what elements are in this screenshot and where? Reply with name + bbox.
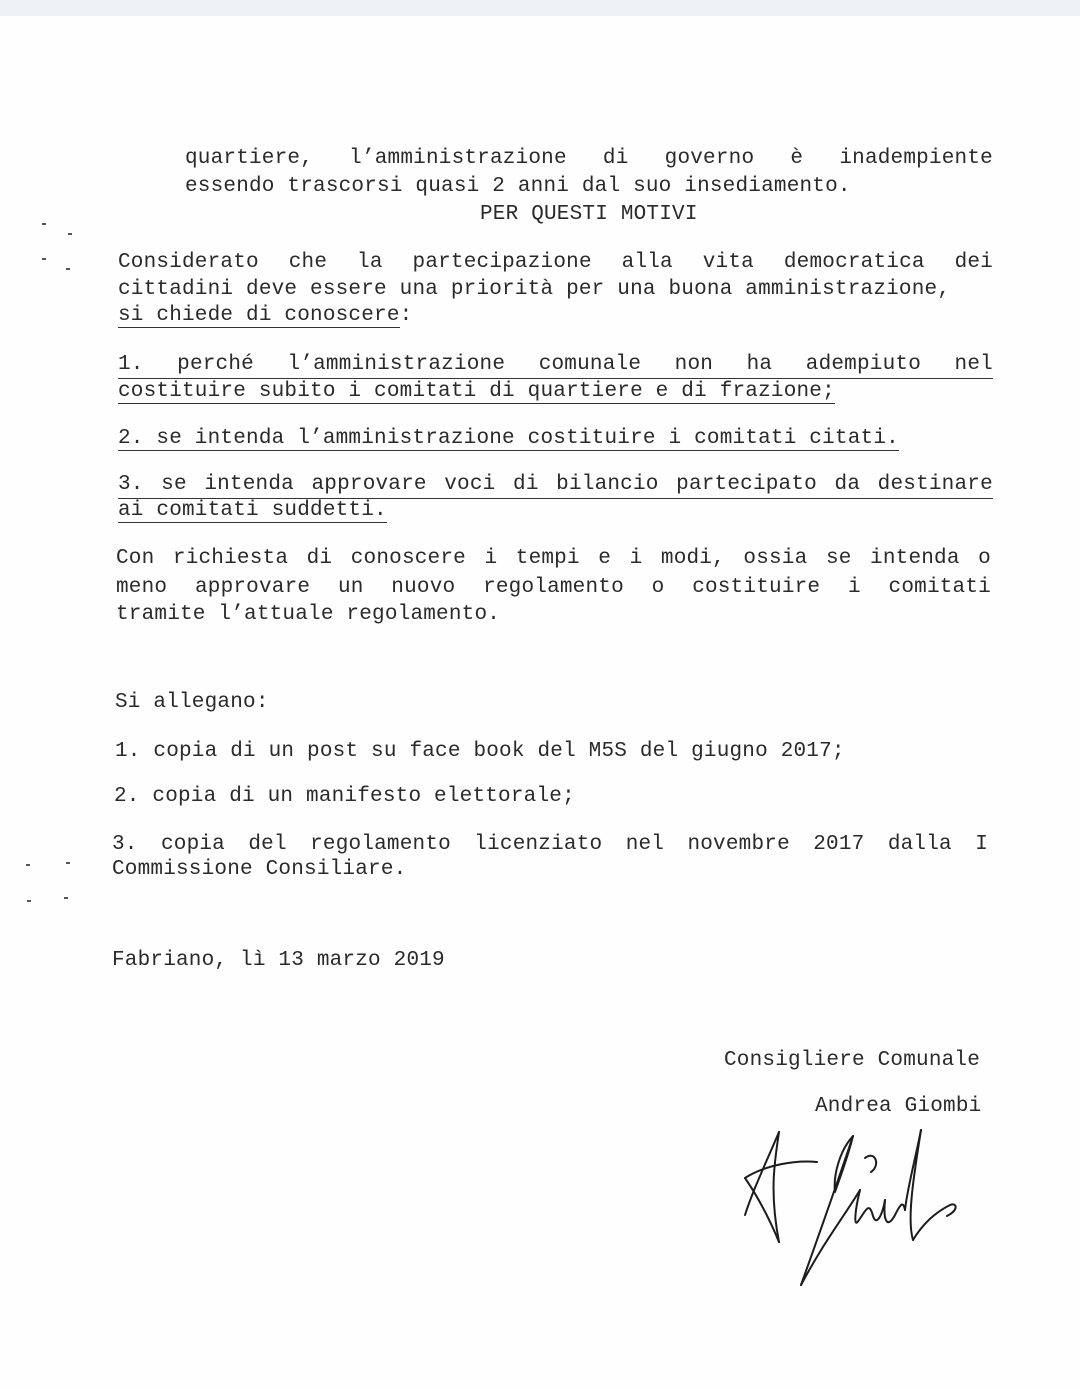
- place-date: Fabriano, lì 13 marzo 2019: [112, 948, 445, 974]
- word: i: [630, 546, 643, 572]
- word: quartiere,: [185, 146, 313, 172]
- richiesta-line-2: menoapprovareunnuovoregolamentoocostitui…: [116, 575, 991, 601]
- word: un: [338, 575, 364, 601]
- request-3-line-2: ai comitati suddetti.: [118, 498, 387, 524]
- word: inadempiente: [839, 146, 993, 172]
- word: comitati: [889, 575, 991, 601]
- word: o: [978, 546, 991, 572]
- word: se: [161, 472, 187, 498]
- word: ossia: [743, 546, 807, 572]
- considerato-line-2: cittadini deve essere una priorità per u…: [118, 277, 993, 303]
- word: destinare: [878, 472, 993, 498]
- word: democratica: [784, 250, 925, 276]
- word: da: [835, 472, 861, 498]
- request-2-text: 2. se intenda l’amministrazione costitui…: [118, 427, 899, 451]
- scan-speck: [42, 223, 46, 225]
- richiesta-line-1: Conrichiestadiconoscereitempieimodi,ossi…: [116, 546, 991, 572]
- request-2-line-1: 2. se intenda l’amministrazione costitui…: [118, 426, 899, 452]
- request-1-line-1: 1.perchél’amministrazionecomunalenonhaad…: [118, 352, 993, 379]
- scan-speck: [26, 864, 30, 866]
- word: regolamento: [310, 832, 451, 858]
- word: Con: [116, 546, 154, 572]
- signer-name: Andrea Giombi: [815, 1094, 981, 1120]
- word: è: [790, 146, 803, 172]
- attachment-item-2: 2. copia di un manifesto elettorale;: [114, 784, 575, 810]
- request-1-text: costituire subito i comitati di quartier…: [118, 380, 835, 404]
- richiesta-line-3: tramite l’attuale regolamento.: [116, 602, 500, 628]
- word: richiesta: [173, 546, 288, 572]
- word: voci: [444, 472, 495, 498]
- word: del: [248, 832, 286, 858]
- word: l’amministrazione: [288, 352, 506, 378]
- word: l’amministrazione: [349, 146, 567, 172]
- word: di: [307, 546, 333, 572]
- word: tempi: [516, 546, 580, 572]
- word: Considerato: [118, 250, 259, 276]
- word: costituire: [692, 575, 820, 601]
- word: modi,: [661, 546, 725, 572]
- section-heading: PER QUESTI MOTIVI: [480, 202, 698, 228]
- word: meno: [116, 575, 167, 601]
- word: partecipazione: [413, 250, 592, 276]
- attachment-item-3-line-2: Commissione Consiliare.: [112, 857, 406, 883]
- word: alla: [622, 250, 673, 276]
- considerato-line-1: Consideratochelapartecipazioneallavitade…: [118, 250, 993, 276]
- scan-speck: [66, 862, 70, 864]
- word: nel: [626, 832, 664, 858]
- signer-role: Consigliere Comunale: [724, 1048, 980, 1074]
- word: e: [598, 546, 611, 572]
- attachments-title: Si allegano:: [115, 690, 269, 716]
- handwritten-signature-icon: [735, 1120, 995, 1295]
- word: governo: [665, 146, 755, 172]
- word: regolamento: [483, 575, 624, 601]
- word: novembre: [687, 832, 789, 858]
- attachment-item-3-line-1: 3.copiadelregolamentolicenziatonelnovemb…: [112, 832, 988, 858]
- word: partecipato: [676, 472, 817, 498]
- word: 1.: [118, 352, 144, 378]
- word: nel: [955, 352, 993, 378]
- word: dei: [955, 250, 993, 276]
- scan-speck: [66, 268, 70, 270]
- word: approvare: [311, 472, 426, 498]
- word: che: [289, 250, 327, 276]
- word: intenda: [204, 472, 294, 498]
- scan-speck: [27, 900, 31, 902]
- word: o: [652, 575, 665, 601]
- word: I: [975, 832, 988, 858]
- word: se: [826, 546, 852, 572]
- word: i: [848, 575, 861, 601]
- word: intenda: [870, 546, 960, 572]
- request-3-line-1: 3.seintendaapprovarevocidibilanciopartec…: [118, 472, 993, 499]
- word: copia: [161, 832, 225, 858]
- colon: :: [400, 304, 413, 327]
- word: dalla: [888, 832, 952, 858]
- word: bilancio: [556, 472, 658, 498]
- word: 3.: [112, 832, 138, 858]
- word: i: [484, 546, 497, 572]
- word: approvare: [195, 575, 310, 601]
- intro-line-1: quartiere,l’amministrazionedigovernoèina…: [185, 146, 993, 172]
- word: perché: [177, 352, 254, 378]
- attachment-item-1: 1. copia di un post su face book del M5S…: [115, 739, 845, 765]
- request-3-text: ai comitati suddetti.: [118, 499, 387, 523]
- word: la: [357, 250, 383, 276]
- scan-speck: [68, 233, 72, 235]
- word: di: [513, 472, 539, 498]
- request-lead-underlined: si chiede di conoscere: [118, 304, 400, 328]
- word: di: [603, 146, 629, 172]
- word: ha: [747, 352, 773, 378]
- viewer-top-bar: [0, 0, 1080, 16]
- word: vita: [703, 250, 754, 276]
- word: adempiuto: [806, 352, 921, 378]
- word: conoscere: [351, 546, 466, 572]
- word: nuovo: [391, 575, 455, 601]
- considerato-line-3: si chiede di conoscere:: [118, 303, 412, 329]
- scan-speck: [64, 897, 68, 899]
- scan-speck: [42, 258, 46, 260]
- request-1-line-2: costituire subito i comitati di quartier…: [118, 379, 835, 405]
- word: 3.: [118, 472, 144, 498]
- word: non: [675, 352, 713, 378]
- word: 2017: [813, 832, 864, 858]
- word: comunale: [539, 352, 641, 378]
- intro-line-2: essendo trascorsi quasi 2 anni dal suo i…: [185, 174, 851, 200]
- word: licenziato: [474, 832, 602, 858]
